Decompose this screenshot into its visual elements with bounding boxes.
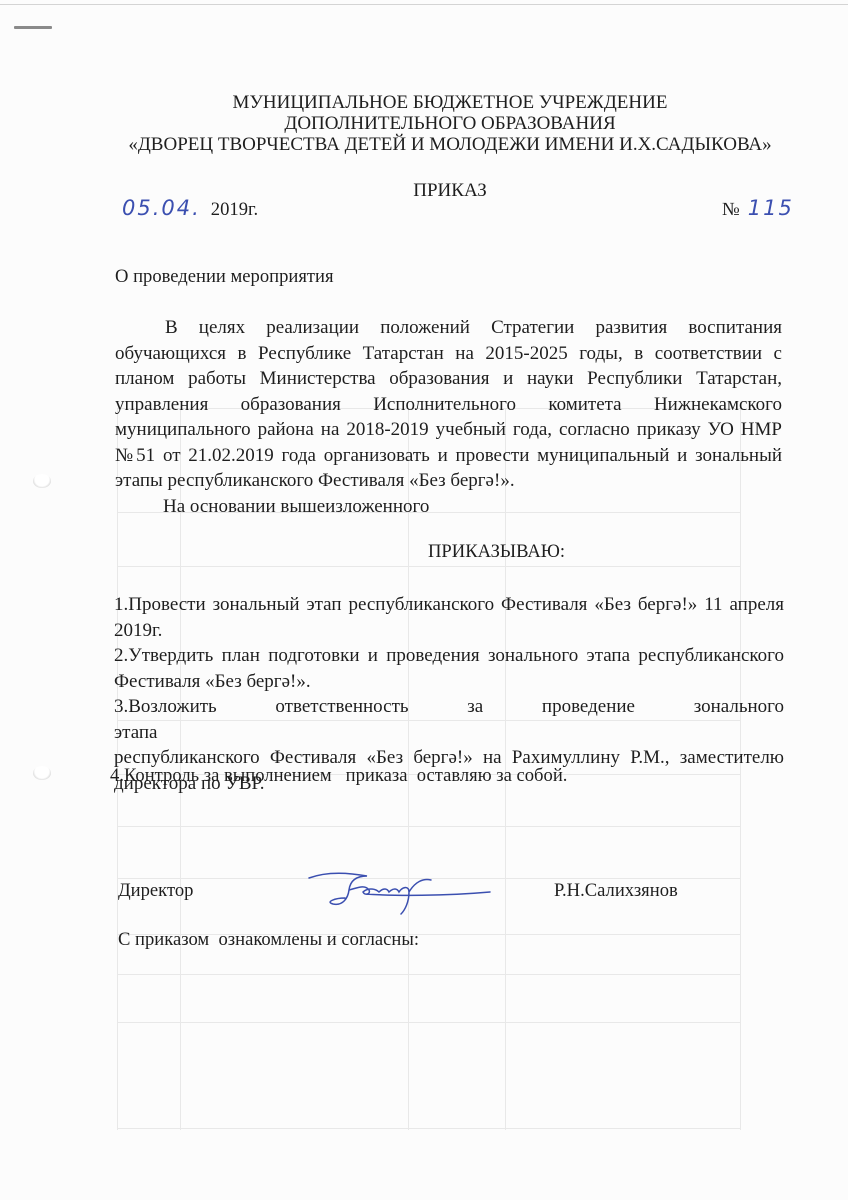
header-line-1: МУНИЦИПАЛЬНОЕ БЮДЖЕТНОЕ УЧРЕЖДЕНИЕ bbox=[100, 92, 800, 113]
preamble-line: муниципального района на 2018-2019 учебн… bbox=[115, 417, 782, 443]
item-line: Фестиваля «Без бергә!». bbox=[114, 669, 784, 695]
punch-hole-icon bbox=[33, 474, 51, 488]
order-subject: О проведении мероприятия bbox=[115, 266, 334, 288]
order-item-2: 2.Утвердить план подготовки и проведения… bbox=[114, 643, 784, 694]
header-line-3: «ДВОРЕЦ ТВОРЧЕСТВА ДЕТЕЙ И МОЛОДЕЖИ ИМЕН… bbox=[100, 134, 800, 155]
organization-header: МУНИЦИПАЛЬНОЕ БЮДЖЕТНОЕ УЧРЕЖДЕНИЕ ДОПОЛ… bbox=[100, 92, 800, 155]
signatory-position: Директор bbox=[118, 880, 193, 902]
preamble-line: В целях реализации положений Стратегии р… bbox=[115, 315, 782, 341]
page-top-edge bbox=[0, 4, 848, 5]
preamble-line: №51 от 21.02.2019 года организовать и пр… bbox=[115, 443, 782, 469]
preamble-line: обучающихся в Республике Татарстан на 20… bbox=[115, 341, 782, 367]
handwritten-date: 05.04. bbox=[122, 196, 201, 220]
item-line: 2019г. bbox=[114, 618, 784, 644]
order-date: 05.04. 2019г. bbox=[122, 196, 258, 221]
printed-year: 2019г. bbox=[211, 199, 258, 220]
punch-hole-icon bbox=[33, 766, 51, 780]
signature-icon bbox=[305, 868, 495, 918]
scan-mark bbox=[14, 26, 52, 29]
preamble-line: планом работы Министерства образования и… bbox=[115, 366, 782, 392]
order-heading: ПРИКАЗЫВАЮ: bbox=[428, 541, 565, 563]
item-line: 3.Возложить ответственность за проведени… bbox=[114, 694, 784, 745]
handwritten-number: 115 bbox=[748, 196, 794, 220]
header-line-2: ДОПОЛНИТЕЛЬНОГО ОБРАЗОВАНИЯ bbox=[100, 113, 800, 134]
preamble-paragraph: В целях реализации положений Стратегии р… bbox=[115, 315, 782, 519]
order-number: № 115 bbox=[722, 196, 794, 221]
signatory-name: Р.Н.Салихзянов bbox=[554, 880, 678, 902]
preamble-line: управления образования Исполнительного к… bbox=[115, 392, 782, 418]
order-item-1: 1.Провести зональный этап республиканско… bbox=[114, 592, 784, 643]
number-label: № bbox=[722, 199, 740, 220]
item-line: 1.Провести зональный этап республиканско… bbox=[114, 592, 784, 618]
item-line: 2.Утвердить план подготовки и проведения… bbox=[114, 643, 784, 669]
acknowledgement-line: С приказом ознакомлены и согласны: bbox=[118, 929, 419, 951]
order-item-4: 4.Контроль за выполнением приказа оставл… bbox=[110, 765, 567, 787]
basis-line: На основании вышеизложенного bbox=[115, 494, 782, 520]
preamble-line: этапы республиканского Фестиваля «Без бе… bbox=[115, 468, 782, 494]
